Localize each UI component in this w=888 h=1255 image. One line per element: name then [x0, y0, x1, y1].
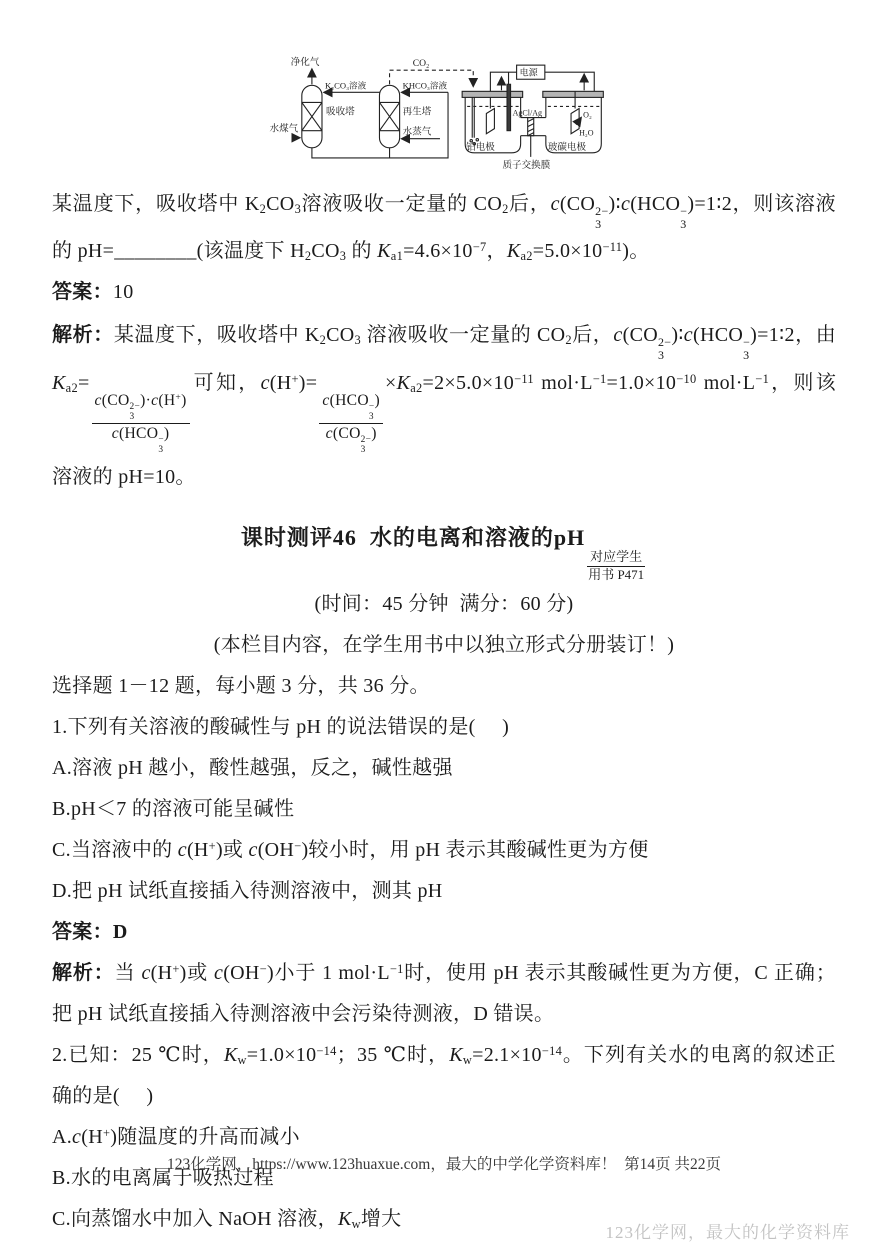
q1-option-b: B.pH＜7 的溶液可能呈碱性 [52, 789, 836, 830]
label-glassy-carbon-electrode: 玻碳电极 [548, 141, 587, 153]
regenerator-tower [379, 85, 399, 148]
problem-answer: 答案：10 [52, 272, 836, 313]
answer-value: 10 [113, 281, 134, 303]
agcl-electrode-bar [507, 84, 511, 130]
analysis-text: 某温度下，吸收塔中 K2CO3 溶液吸收一定量的 CO2后，c(CO2−3)∶c… [52, 324, 836, 489]
diagram-container: 净化气 K₂CO₃溶液 KHCO₃溶液 CO₂ 吸收塔 再生塔 水煤气 水蒸气 … [268, 0, 620, 176]
watermark: 123化学网，最大的化学资料库 [606, 1218, 851, 1243]
label-pt-electrode: 铂电极 [466, 141, 495, 153]
label-power-supply: 电源 [520, 67, 539, 78]
label-k2co3-solution: K₂CO₃溶液 [325, 79, 367, 90]
analysis-label: 解析： [52, 324, 114, 346]
label-o2: O₂ [583, 111, 592, 120]
q1-analysis-label: 解析： [52, 962, 115, 984]
answer-label: 答案： [52, 281, 113, 303]
worksheet-title: 课时测评46 水的电离和溶液的pH对应学生用书 P471 [52, 514, 836, 583]
label-regenerator-tower: 再生塔 [403, 106, 432, 118]
q1-option-d: D.把 pH 试纸直接插入待测溶液中，测其 pH [52, 871, 836, 912]
label-agcl-ag: AgCl/Ag [513, 109, 543, 118]
q1-analysis: 解析：当 c(H+)或 c(OH−)小于 1 mol·L−1时，使用 pH 表示… [52, 953, 836, 1035]
left-lid [462, 91, 523, 97]
label-h2o: H₂O [579, 129, 594, 138]
q1-option-a: A.溶液 pH 越小，酸性越强，反之，碱性越强 [52, 748, 836, 789]
section-header: 选择题 1－12 题，每小题 3 分，共 36 分。 [52, 666, 836, 707]
page-footer: 123化学网，https://www.123huaxue.com，最大的中学化学… [0, 1152, 888, 1178]
label-water-gas: 水煤气 [270, 123, 299, 135]
label-steam: 水蒸气 [403, 126, 432, 138]
document-page: 净化气 K₂CO₃溶液 KHCO₃溶液 CO₂ 吸收塔 再生塔 水煤气 水蒸气 … [0, 0, 888, 1255]
q2-stem: 2.已知：25 ℃时，Kw=1.0×10−14；35 ℃时，Kw=2.1×10−… [52, 1035, 836, 1117]
q1-answer-label: 答案： [52, 921, 113, 943]
problem-stem: 某温度下，吸收塔中 K2CO3溶液吸收一定量的 CO2后，c(CO2−3)∶c(… [52, 184, 836, 272]
right-lid [543, 91, 604, 97]
label-purified-gas: 净化气 [291, 56, 320, 68]
glassy-carbon-electrode-plate [571, 108, 579, 133]
page-content: 某温度下，吸收塔中 K2CO3溶液吸收一定量的 CO2后，c(CO2−3)∶c(… [0, 184, 888, 1240]
note-line: (本栏目内容，在学生用书中以独立形式分册装订！) [52, 625, 836, 666]
pt-electrode-plate [486, 108, 494, 133]
q1-answer: 答案：D [52, 912, 836, 953]
process-diagram: 净化气 K₂CO₃溶液 KHCO₃溶液 CO₂ 吸收塔 再生塔 水煤气 水蒸气 … [268, 50, 620, 171]
label-proton-membrane: 质子交换膜 [502, 159, 550, 171]
left-wire [490, 72, 516, 108]
q1-stem: 1.下列有关溶液的酸碱性与 pH 的说法错误的是( ) [52, 707, 836, 748]
right-wire [545, 72, 594, 91]
absorber-tower [302, 85, 322, 148]
q1-option-c: C.当溶液中的 c(H+)或 c(OH−)较小时，用 pH 表示其酸碱性更为方便 [52, 830, 836, 871]
label-co2: CO₂ [413, 58, 430, 69]
label-khco3-solution: KHCO₃溶液 [403, 79, 448, 90]
time-limit-line: (时间：45 分钟 满分：60 分) [52, 584, 836, 625]
q1-answer-value: D [113, 921, 128, 943]
q1-analysis-text: 当 c(H+)或 c(OH−)小于 1 mol·L−1时，使用 pH 表示其酸碱… [52, 962, 836, 1025]
label-absorber-tower: 吸收塔 [326, 106, 355, 118]
problem-analysis: 解析：某温度下，吸收塔中 K2CO3 溶液吸收一定量的 CO2后，c(CO2−3… [52, 313, 836, 501]
